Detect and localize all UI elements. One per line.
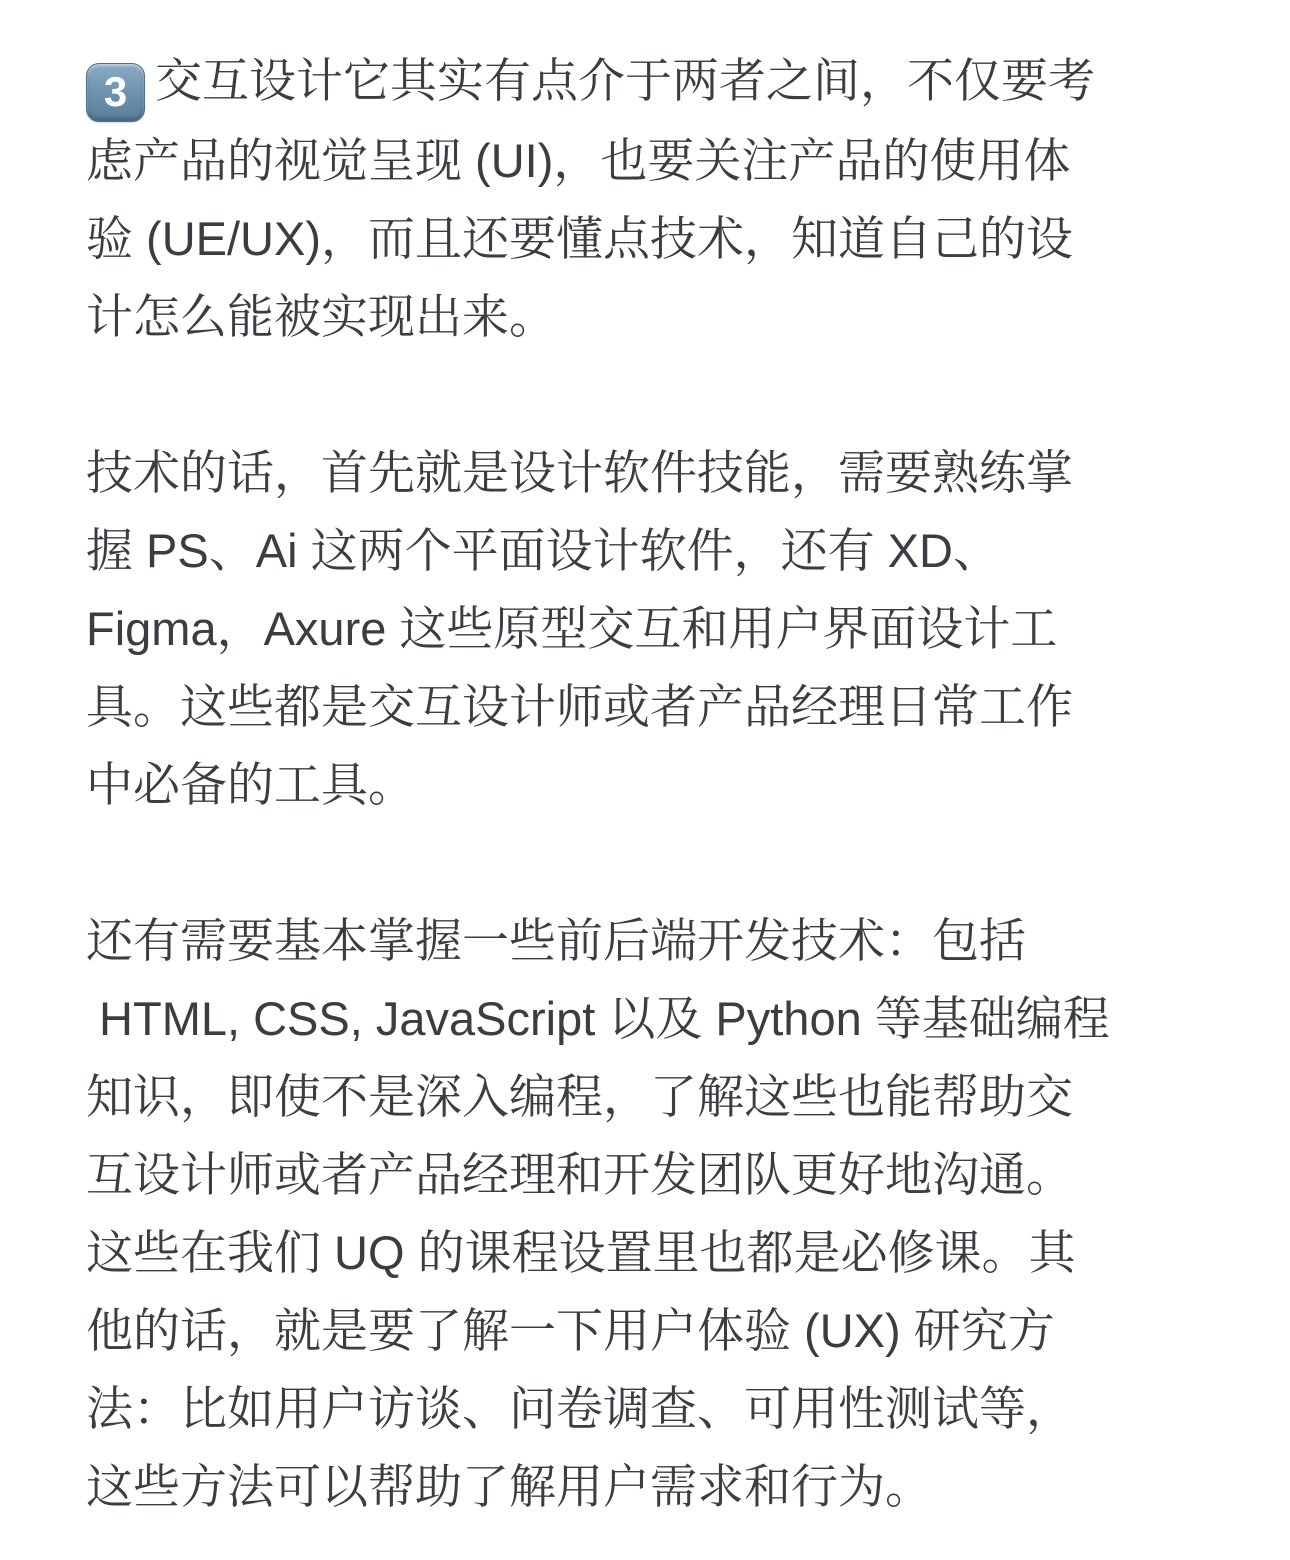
text-line: 还有需要基本掌握一些前后端开发技术：包括 bbox=[86, 902, 1202, 980]
line-text: 交互设计它其实有点介于两者之间，不仅要考 bbox=[155, 54, 1095, 107]
paragraph-2: 技术的话，首先就是设计软件技能，需要熟练掌 握 PS、Ai 这两个平面设计软件，… bbox=[86, 434, 1202, 824]
text-line: 验 (UE/UX)，而且还要懂点技术，知道自己的设 bbox=[86, 200, 1202, 278]
text-content: 3交互设计它其实有点介于两者之间，不仅要考 虑产品的视觉呈现 (UI)，也要关注… bbox=[0, 0, 1290, 1526]
keycap-digit: 3 bbox=[104, 53, 127, 131]
text-line: 他的话，就是要了解一下用户体验 (UX) 研究方 bbox=[86, 1292, 1202, 1370]
text-line: 中必备的工具。 bbox=[86, 746, 1202, 824]
text-line: 互设计师或者产品经理和开发团队更好地沟通。 bbox=[86, 1136, 1202, 1214]
paragraph-3: 还有需要基本掌握一些前后端开发技术：包括 HTML, CSS, JavaScri… bbox=[86, 902, 1202, 1526]
text-line: 3交互设计它其实有点介于两者之间，不仅要考 bbox=[86, 42, 1202, 122]
text-line: 知识，即使不是深入编程，了解这些也能帮助交 bbox=[86, 1058, 1202, 1136]
text-line: 握 PS、Ai 这两个平面设计软件，还有 XD、 bbox=[86, 512, 1202, 590]
keycap-3-emoji: 3 bbox=[86, 63, 145, 122]
text-line: 技术的话，首先就是设计软件技能，需要熟练掌 bbox=[86, 434, 1202, 512]
text-line: 计怎么能被实现出来。 bbox=[86, 278, 1202, 356]
text-line: 这些方法可以帮助了解用户需求和行为。 bbox=[86, 1448, 1202, 1526]
text-line: 虑产品的视觉呈现 (UI)，也要关注产品的使用体 bbox=[86, 122, 1202, 200]
text-line: Figma，Axure 这些原型交互和用户界面设计工 bbox=[86, 590, 1202, 668]
paragraph-1: 3交互设计它其实有点介于两者之间，不仅要考 虑产品的视觉呈现 (UI)，也要关注… bbox=[86, 42, 1202, 356]
text-line: HTML, CSS, JavaScript 以及 Python 等基础编程 bbox=[86, 980, 1202, 1058]
text-line: 这些在我们 UQ 的课程设置里也都是必修课。其 bbox=[86, 1214, 1202, 1292]
text-line: 具。这些都是交互设计师或者产品经理日常工作 bbox=[86, 668, 1202, 746]
text-line: 法：比如用户访谈、问卷调查、可用性测试等， bbox=[86, 1370, 1202, 1448]
